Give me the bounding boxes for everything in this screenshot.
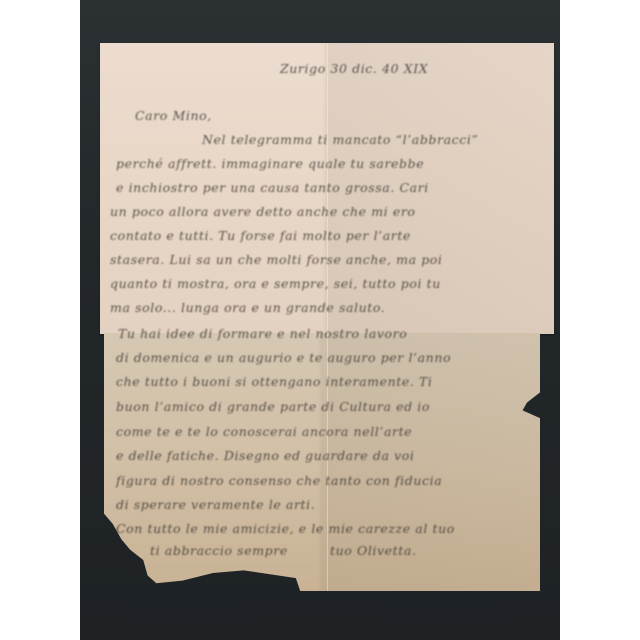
body-line: stasera. Lui sa un che molti forse anche… [110, 252, 443, 267]
body-line: di domenica e un augurio e te auguro per… [116, 350, 451, 365]
body-line: contato e tutti. Tu forse fai molto per … [110, 228, 411, 243]
salutation: Caro Mino, [135, 108, 212, 123]
body-line: e inchiostro per una causa tanto grossa.… [116, 180, 429, 195]
body-line: come te e te lo conoscerai ancora nell’a… [116, 424, 412, 439]
body-line: che tutto i buoni si ottengano interamen… [116, 374, 433, 389]
body-line: Tu hai idee di formare e nel nostro lavo… [118, 326, 407, 341]
body-line: di sperare veramente le arti. [116, 497, 315, 512]
signature: tuo Olivetta. [330, 543, 417, 558]
body-line: perché affrett. immaginare quale tu sare… [116, 156, 424, 171]
body-line: Con tutto le mie amicizie, e le mie care… [116, 521, 455, 536]
body-line: e delle fatiche. Disegno ed guardare da … [116, 448, 414, 463]
body-line: ma solo... lunga ora e un grande saluto. [110, 300, 385, 315]
body-line: Nel telegramma ti mancato “l’abbracci” [202, 132, 478, 147]
letter-handwriting: Zurigo 30 dic. 40 XIX Caro Mino, Nel tel… [110, 43, 550, 603]
body-line: ti abbraccio sempre [150, 543, 288, 558]
body-line: figura di nostro consenso che tanto con … [116, 473, 442, 488]
body-line: un poco allora avere detto anche che mi … [110, 204, 416, 219]
body-line: buon l’amico di grande parte di Cultura … [116, 399, 430, 414]
body-line: quanto ti mostra, ora e sempre, sei, tut… [110, 276, 441, 291]
date-line: Zurigo 30 dic. 40 XIX [280, 61, 428, 76]
